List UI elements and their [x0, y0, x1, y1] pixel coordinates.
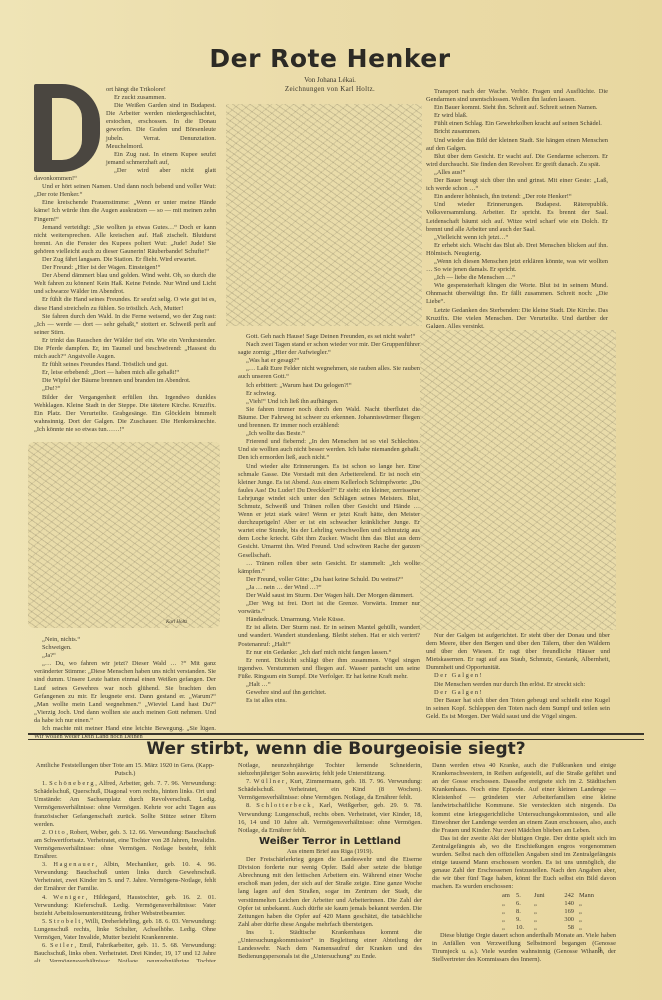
- paragraph: Gott. Geh nach Hause! Sage Deinen Freund…: [238, 333, 420, 341]
- article-column-2: Gott. Geh nach Hause! Sage Deinen Freund…: [238, 333, 420, 733]
- paragraph: Er ist allein. Der Sturm rast. Er in sei…: [238, 624, 420, 648]
- entry-name: Schlotterbeck: [256, 802, 312, 809]
- paragraph: Sie fahren immer noch durch den Wald. Na…: [238, 406, 420, 430]
- paragraph: Er schwieg.: [238, 390, 420, 398]
- article-2-column-3: Dann werden etwa 40 Kranke, auch die Fuß…: [432, 762, 616, 964]
- execution-month: „: [534, 916, 548, 924]
- paragraph: Nach zwei Tagen stand er schon wieder vo…: [238, 341, 420, 357]
- paragraph: Ich erbittert: „Warum hast Du gelogen?!“: [238, 382, 420, 390]
- paragraph: Und er hört seinen Namen. Und dann noch …: [34, 183, 216, 199]
- execution-row: „8.„169„: [432, 908, 616, 916]
- execution-month: „: [534, 924, 548, 932]
- paragraph: Er nur ein Gedanke: „Ich darf mich nicht…: [238, 649, 420, 657]
- execution-count: 242: [548, 892, 579, 900]
- paragraph: Blut über dem Gesicht. Er wacht auf. Die…: [426, 153, 608, 169]
- casualty-entry: 4. Weniger, Hildegard, Haustochter, geb.…: [34, 894, 216, 918]
- paragraph: Er fühlt seines Freundes Hand. Tröstlich…: [34, 361, 216, 369]
- paragraph: Eine kreischende Frauenstimme: „Wenn er …: [34, 199, 216, 223]
- paragraph: „Ja?“: [34, 652, 216, 660]
- paragraph: Ins 1. Städtische Krankenhaus kommt die …: [238, 929, 422, 961]
- paragraph: Frierend und fiebernd: „In den Menschen …: [238, 438, 420, 462]
- paragraph: Er trinkt das Rauschen der Wälder tief e…: [34, 337, 216, 361]
- paragraph: Gewehre sind auf ihn gerichtet.: [238, 689, 420, 697]
- paragraph: Sie fahren durch den Wald. In die Ferne …: [34, 313, 216, 337]
- illustration-train-scene: [28, 442, 220, 628]
- execution-unit: „: [579, 924, 609, 932]
- execution-unit: „: [579, 916, 609, 924]
- paragraph: „Was hat er gesagt?“: [238, 357, 420, 365]
- paragraph: Er, leise erbebend: „Dort — haben mich a…: [34, 369, 216, 377]
- execution-count: 58: [548, 924, 579, 932]
- execution-count: 140: [548, 900, 579, 908]
- closing-paragraph: Diese blutige Orgie dauert schon anderth…: [432, 932, 616, 964]
- article-title: Der Rote Henker: [150, 44, 510, 73]
- article-column-3: Transport nach der Wache. Verhör. Fragen…: [426, 88, 608, 328]
- paragraph: „Ich — liebe die Menschen …“: [426, 274, 608, 282]
- entry-number: 7.: [246, 778, 254, 785]
- paragraph: Schweigen.: [34, 644, 216, 652]
- paragraph: Es ist alles eins.: [238, 697, 420, 705]
- paragraph: Der Freund, voller Güte: „Du hast keine …: [238, 576, 420, 584]
- entry-name: Strobelt: [49, 918, 82, 925]
- entry-number: 4.: [42, 894, 53, 901]
- execution-month: „: [534, 908, 548, 916]
- entry-name: Weniger: [53, 894, 86, 901]
- paragraph: „Ja … nein … der Wind …?“: [238, 584, 420, 592]
- paragraph: Händedruck. Umarmung. Viele Küsse.: [238, 616, 420, 624]
- paragraph: Fühlt einen Schlag. Ein Gewehrkolben kra…: [426, 120, 608, 128]
- casualty-entry: 1. Schöneberg, Alfred, Arbeiter, geb. 7.…: [34, 780, 216, 829]
- paragraph: Letzte Gedanken des Sterbenden: Die klei…: [426, 307, 608, 328]
- paragraph: Der Bauer hat sich über den Toten gebeug…: [426, 697, 610, 721]
- paragraph: Die Menschen werden nur durch Ihn erlöst…: [426, 681, 610, 689]
- article-2-column-1: Amtliche Feststellungen über Tote am 15.…: [34, 762, 216, 962]
- execution-count: 169: [548, 908, 579, 916]
- entry-number: 8.: [246, 802, 256, 809]
- paragraph: … Tränen rollen über sein Gesicht. Er st…: [238, 560, 420, 576]
- execution-prefix: „: [502, 900, 516, 908]
- paragraph: „Wenn ich diesen Menschen jetzt erklären…: [426, 258, 608, 274]
- execution-row: „9.„300„: [432, 916, 616, 924]
- execution-unit: Mann: [579, 892, 609, 900]
- paragraph: Und wieder Erinnerungen. Budapest. Räter…: [426, 201, 608, 233]
- paragraph: Transport nach der Wache. Verhör. Fragen…: [426, 88, 608, 104]
- sub-article-title: Weißer Terror in Lettland: [238, 838, 422, 846]
- article-2-title: Wer stirbt, wenn die Bourgeoisie siegt?: [28, 739, 644, 759]
- paragraph: Der Freund: „Hier ist der Wagen. Einstei…: [34, 264, 216, 272]
- paragraph: Bilder der Vergangenheit erfüllen ihn. I…: [34, 394, 216, 434]
- paragraph: Der Wald saust im Sturm. Der Wagen hält.…: [238, 592, 420, 600]
- paragraph: Wie gespensterhaft klingen die Worte. Bl…: [426, 282, 608, 306]
- entry-number: 3.: [42, 861, 53, 868]
- paragraph: Jemand verteidigt: „Sie wollten ja etwas…: [34, 224, 216, 256]
- paragraph: Und wieder das Bild der kleinen Stadt. S…: [426, 137, 608, 153]
- execution-day: 8.: [516, 908, 534, 916]
- paragraph: „… Laßt Eure Felder nicht wegnehmen, sie…: [238, 365, 420, 381]
- paragraph: Der Galgen!: [426, 672, 610, 680]
- paragraph: Ein anderer höhnisch, ihn tretend: „Der …: [426, 193, 608, 201]
- casualty-entry: 5. Strobelt, Willi, Dreherlehrling, geb.…: [34, 918, 216, 942]
- entry-continuation: Notlage, neunzehnjährige Tochter lernend…: [238, 762, 422, 778]
- entry-name: Schöneberg: [49, 780, 95, 787]
- article-2-column-2: Notlage, neunzehnjährige Tochter lernend…: [238, 762, 422, 961]
- paragraph: Er rennt. Dickicht schlägt über ihm zusa…: [238, 657, 420, 681]
- newspaper-page: Der Rote Henker Von Johana Lékai. Zeichn…: [0, 0, 662, 1000]
- execution-prefix: „: [502, 908, 516, 916]
- execution-row: am5.Juni242Mann: [432, 892, 616, 900]
- paragraph: Dann werden etwa 40 Kranke, auch die Fuß…: [432, 762, 616, 835]
- article-column-1-continued: „Nein, nichts.“Schweigen.„Ja?“„… Du, wo …: [34, 636, 216, 741]
- paragraph: „Ich wollte das Beste.“: [238, 430, 420, 438]
- paragraph: Der Galgen!: [426, 689, 610, 697]
- illustrator-line: Zeichnungen von Karl Holtz.: [230, 85, 430, 94]
- author-line: Von Johana Lékai.: [230, 76, 430, 85]
- paragraph: „Halt …“: [238, 681, 420, 689]
- casualty-entry: 8. Schlotterbeck, Karl, Weißgerber, geb.…: [238, 802, 422, 834]
- paragraph: Der Zug fährt langsam. Die Station. Er f…: [34, 256, 216, 264]
- execution-count: 300: [548, 916, 579, 924]
- execution-prefix: „: [502, 916, 516, 924]
- execution-row: „10.„58„: [432, 924, 616, 932]
- execution-month: „: [534, 900, 548, 908]
- entry-text: , Alfred, Arbeiter, geb. 7. 7. 96. Verwu…: [34, 780, 216, 827]
- execution-row: „6.„140„: [432, 900, 616, 908]
- paragraph: „Du!?“: [34, 385, 216, 393]
- paragraph: Er fühlt die Hand seines Freundes. Er se…: [34, 296, 216, 312]
- paragraph: Er wird blaß.: [426, 112, 608, 120]
- sub-article-intro: Aus einem Brief aus Riga (1919).: [238, 848, 422, 856]
- execution-day: 10.: [516, 924, 534, 932]
- paragraph: Nur der Galgen ist aufgerichtet. Er steh…: [426, 632, 610, 672]
- byline: Von Johana Lékai. Zeichnungen von Karl H…: [230, 76, 430, 94]
- page-number: 9: [598, 946, 602, 954]
- paragraph: Der Bauer beugt sich über ihn und grinst…: [426, 177, 608, 193]
- execution-unit: „: [579, 900, 609, 908]
- execution-day: 5.: [516, 892, 534, 900]
- article-column-3-continued: Nur der Galgen ist aufgerichtet. Er steh…: [426, 632, 610, 721]
- article-column-1: ort hängt die Trikolore!Er zuckt zusamme…: [34, 86, 216, 434]
- execution-day: 6.: [516, 900, 534, 908]
- paragraph: „Vielleicht wenn ich jetzt…“: [426, 234, 608, 242]
- entry-number: 6.: [42, 942, 50, 949]
- paragraph: „Alles aus!“: [426, 169, 608, 177]
- paragraph: „Vieh!“ Und ich ließ ihn aufhängen.: [238, 398, 420, 406]
- execution-prefix: am: [502, 892, 516, 900]
- entry-name: Seiler: [50, 942, 75, 949]
- paragraph: Bricht zusammen.: [426, 128, 608, 136]
- illustration-signature: Karl Holtz: [166, 620, 187, 625]
- paragraph: „Der wird aber nicht glatt davonkommen!“: [34, 167, 216, 183]
- paragraph: Der Abend dämmert blau und golden. Wind …: [34, 272, 216, 296]
- execution-month: Juni: [534, 892, 548, 900]
- paragraph: Und wieder alte Erinnerungen. Es ist sch…: [238, 463, 420, 560]
- entry-name: Otto: [49, 829, 67, 836]
- illustration-gallows: [420, 330, 616, 630]
- paragraph: „Der Weg ist frei. Dort ist die Grenze. …: [238, 600, 420, 616]
- paragraph: „Nein, nichts.“: [34, 636, 216, 644]
- execution-day: 9.: [516, 916, 534, 924]
- entry-number: 2.: [42, 829, 49, 836]
- execution-prefix: „: [502, 924, 516, 932]
- casualty-entry: 6. Seiler, Emil, Fabrikarbeiter, geb. 11…: [34, 942, 216, 962]
- paragraph: Er erhebt sich. Wischt das Blut ab. Drei…: [426, 242, 608, 258]
- entry-number: 5.: [42, 918, 49, 925]
- illustration-crowd: [226, 104, 422, 326]
- casualty-entry: 2. Otto, Robert, Weber, geb. 3. 12. 66. …: [34, 829, 216, 861]
- paragraph: Ein Bauer kommt. Sieht ihn. Schreit auf.…: [426, 104, 608, 112]
- paragraph: Die Wipfel der Bäume brennen und branden…: [34, 377, 216, 385]
- entry-name: Wüllner: [254, 778, 286, 785]
- casualty-entry: 3. Hagenauer, Albin, Mechaniker, geb. 10…: [34, 861, 216, 893]
- paragraph: Der Freischärlerkrieg gegen die Landeswe…: [238, 856, 422, 929]
- entry-name: Hagenauer: [53, 861, 95, 868]
- article-2-intro: Amtliche Feststellungen über Tote am 15.…: [34, 762, 216, 778]
- casualty-entry: 7. Wüllner, Kurt, Zimmermann, geb. 18. 7…: [238, 778, 422, 802]
- execution-unit: „: [579, 908, 609, 916]
- paragraph: „… Du, wo fahren wir jetzt? Dieser Wald …: [34, 660, 216, 725]
- paragraph: Das ist der zweite Akt der blutigen Orgi…: [432, 835, 616, 892]
